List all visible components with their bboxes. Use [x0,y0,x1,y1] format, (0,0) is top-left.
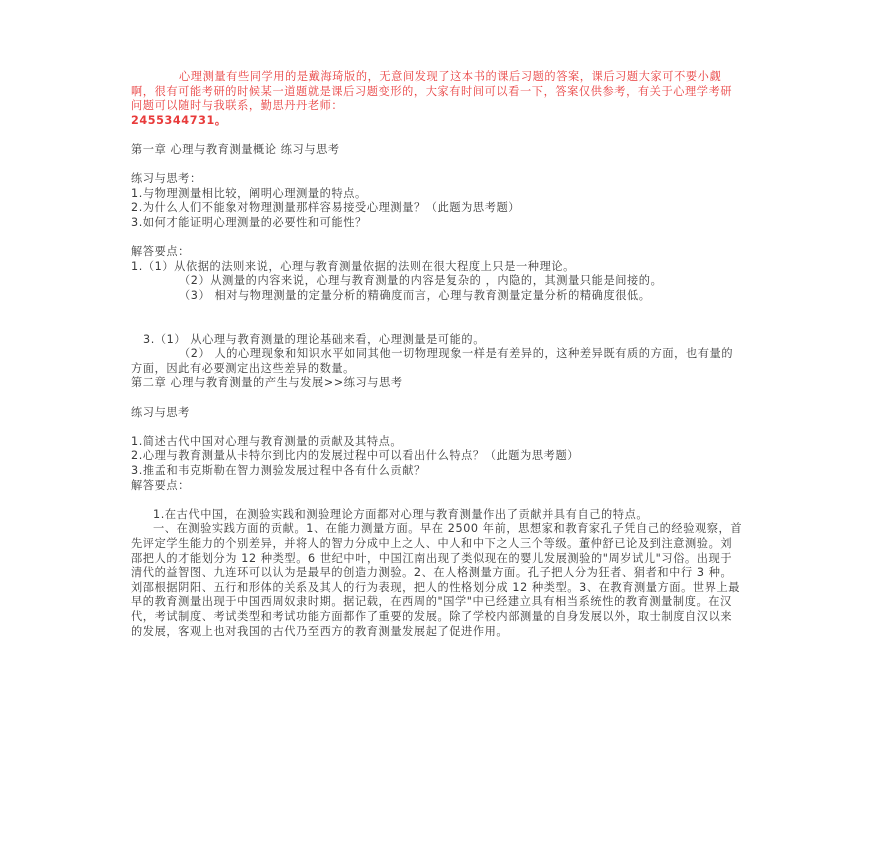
chapter2-answer-1-detail: 一、在测验实践方面的贡献。1、在能力测量方面。早在 2500 年前，思想家和教育… [131,522,743,639]
chapter1-answer-1-2: （2）从测量的内容来说，心理与教育测量的内容是复杂的 ，内隐的，其测量只能是间接… [131,274,743,289]
chapter2-exercises-heading: 练习与思考 [131,406,743,421]
chapter2-question-2: 2.心理与教育测量从卡特尔到比内的发展过程中可以看出什么特点？（此题为思考题） [131,449,743,464]
chapter2-answers-heading: 解答要点： [131,479,743,494]
spacer [131,128,743,143]
spacer [131,493,743,508]
spacer [131,158,743,173]
chapter1-exercises-heading: 练习与思考： [131,172,743,187]
chapter1-question-2: 2.为什么人们不能象对物理测量那样容易接受心理测量？（此题为思考题） [131,201,743,216]
intro-text: 心理测量有些同学用的是戴海琦版的，无意间发现了这本书的课后习题的答案，课后习题大… [131,70,732,112]
intro-contact: 2455344731。 [131,114,227,127]
chapter2-question-1: 1.简述古代中国对心理与教育测量的贡献及其特点。 [131,435,743,450]
chapter1-answer-3-1: 3.（1） 从心理与教育测量的理论基础来看，心理测量是可能的。 [131,333,743,348]
spacer [131,420,743,435]
chapter1-answers-heading: 解答要点： [131,245,743,260]
chapter1-answer-1-3: （3） 相对与物理测量的定量分析的精确度而言，心理与教育测量定量分析的精确度很低… [131,289,743,304]
intro-note: 心理测量有些同学用的是戴海琦版的，无意间发现了这本书的课后习题的答案，课后习题大… [131,70,743,128]
spacer [131,318,743,333]
spacer [131,231,743,246]
document-page: 心理测量有些同学用的是戴海琦版的，无意间发现了这本书的课后习题的答案，课后习题大… [131,70,743,639]
chapter1-question-3: 3.如何才能证明心理测量的必要性和可能性？ [131,216,743,231]
spacer [131,391,743,406]
chapter2-question-3: 3.推孟和韦克斯勒在智力测验发展过程中各有什么贡献？ [131,464,743,479]
chapter1-question-1: 1.与物理测量相比较，阐明心理测量的特点。 [131,187,743,202]
chapter2-answer-1: 1.在古代中国，在测验实践和测验理论方面都对心理与教育测量作出了贡献并具有自己的… [131,508,743,523]
chapter1-answer-1-1: 1.（1）从依据的法则来说，心理与教育测量依据的法则在很大程度上只是一种理论。 [131,260,743,275]
chapter1-answer-3-2: （2） 人的心理现象和知识水平如同其他一切物理现象一样是有差异的，这种差异既有质… [131,347,743,376]
chapter1-title: 第一章 心理与教育测量概论 练习与思考 [131,143,743,158]
chapter2-title: 第二章 心理与教育测量的产生与发展>>练习与思考 [131,376,743,391]
spacer [131,304,743,319]
